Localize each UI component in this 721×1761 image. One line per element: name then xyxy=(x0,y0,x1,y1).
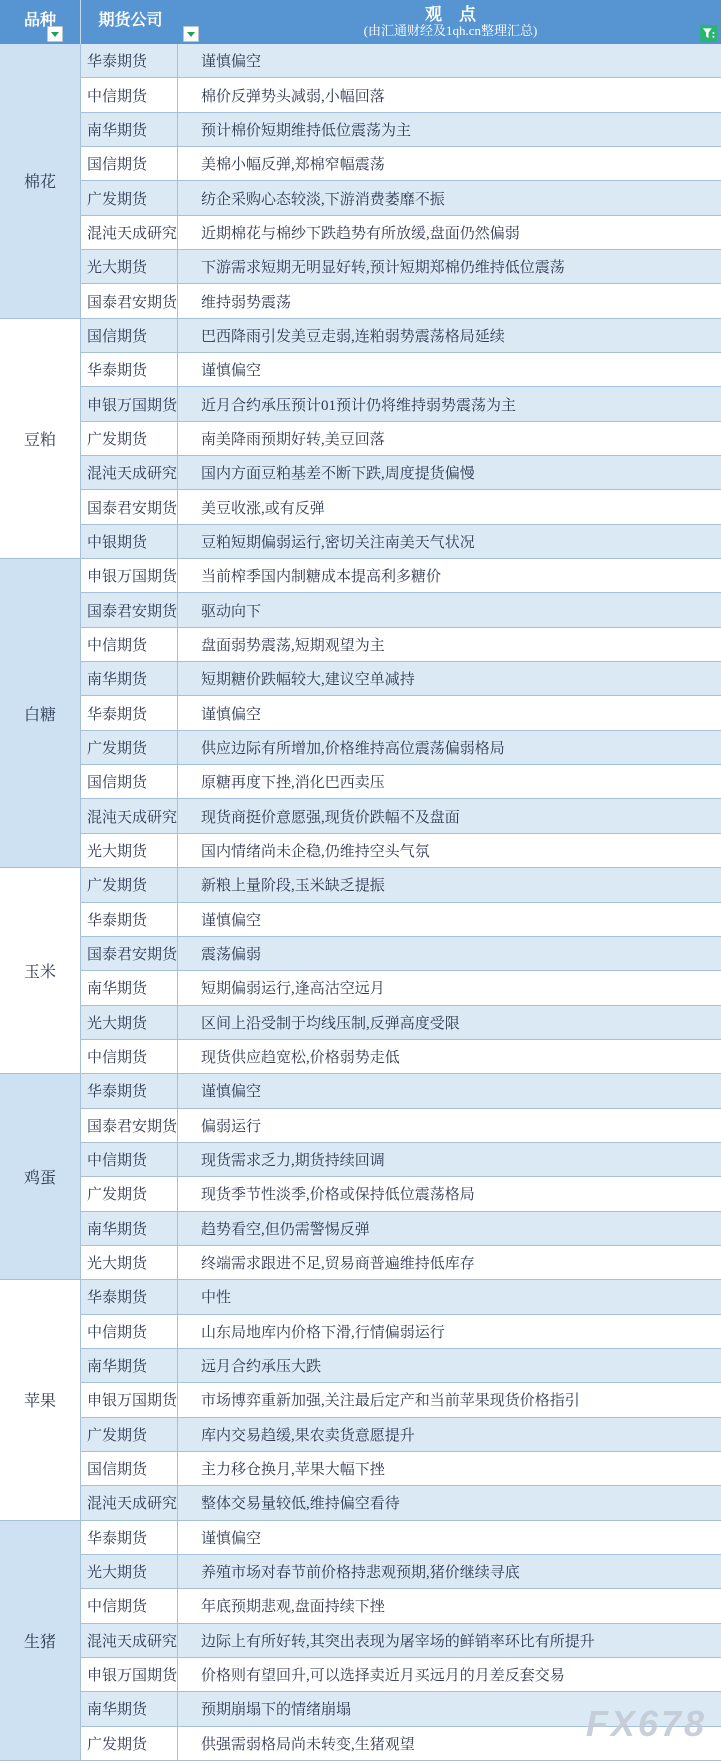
opinion-cell: 下游需求短期无明显好转,预计短期郑棉仍维持低位震荡 xyxy=(178,250,721,284)
opinion-cell: 谨慎偏空 xyxy=(178,1074,721,1108)
opinion-cell: 近月合约承压预计01预计仍将维持弱势震荡为主 xyxy=(178,387,721,421)
company-cell: 国泰君安期货 xyxy=(81,1109,178,1143)
funnel-filter-button[interactable] xyxy=(700,25,717,42)
table-header: 品种 期货公司 观 点 (由汇通财经及1qh.cn整理汇总) xyxy=(0,0,721,44)
opinion-cell: 当前榨季国内制糖成本提高利多糖价 xyxy=(178,559,721,593)
company-cell: 国泰君安期货 xyxy=(81,937,178,971)
company-cell: 申银万国期货 xyxy=(81,1658,178,1692)
opinion-cell: 美豆收涨,或有反弹 xyxy=(178,490,721,524)
opinion-cell: 南美降雨预期好转,美豆回落 xyxy=(178,422,721,456)
opinion-cell: 预计棉价短期维持低位震荡为主 xyxy=(178,113,721,147)
company-cell: 混沌天成研究 xyxy=(81,799,178,833)
opinion-cell: 整体交易量较低,维持偏空看待 xyxy=(178,1486,721,1520)
opinion-cell: 现货需求乏力,期货持续回调 xyxy=(178,1143,721,1177)
table-body: 棉花华泰期货谨慎偏空中信期货棉价反弹势头减弱,小幅回落南华期货预计棉价短期维持低… xyxy=(0,44,721,1761)
opinion-cell: 养殖市场对春节前价格持悲观预期,猪价继续寻底 xyxy=(178,1555,721,1589)
company-cell: 南华期货 xyxy=(81,662,178,696)
company-cell: 广发期货 xyxy=(81,731,178,765)
company-cell: 广发期货 xyxy=(81,181,178,215)
variety-cell: 白糖 xyxy=(0,559,81,868)
company-filter-dropdown-button[interactable] xyxy=(183,26,199,42)
company-cell: 广发期货 xyxy=(81,1177,178,1211)
opinion-cell: 纺企采购心态较淡,下游消费萎靡不振 xyxy=(178,181,721,215)
variety-cell: 鸡蛋 xyxy=(0,1074,81,1280)
opinion-cell: 维持弱势震荡 xyxy=(178,284,721,318)
company-cell: 混沌天成研究 xyxy=(81,1624,178,1658)
company-cell: 光大期货 xyxy=(81,1006,178,1040)
opinion-cell: 预期崩塌下的情绪崩塌 xyxy=(178,1692,721,1726)
column-header-variety: 品种 xyxy=(0,0,81,44)
company-cell: 国泰君安期货 xyxy=(81,490,178,524)
opinion-cell: 谨慎偏空 xyxy=(178,903,721,937)
company-cell: 光大期货 xyxy=(81,1246,178,1280)
opinion-cell: 短期偏弱运行,逢高沽空远月 xyxy=(178,971,721,1005)
variety-cell: 豆粕 xyxy=(0,319,81,559)
opinion-cell: 现货商挺价意愿强,现货价跌幅不及盘面 xyxy=(178,799,721,833)
dropdown-triangle-icon xyxy=(51,32,59,37)
opinion-cell: 驱动向下 xyxy=(178,593,721,627)
opinion-cell: 边际上有所好转,其突出表现为屠宰场的鲜销率环比有所提升 xyxy=(178,1624,721,1658)
opinion-cell: 现货供应趋宽松,价格弱势走低 xyxy=(178,1040,721,1074)
opinion-cell: 震荡偏弱 xyxy=(178,937,721,971)
opinion-cell: 美棉小幅反弹,郑棉窄幅震荡 xyxy=(178,147,721,181)
column-header-company: 期货公司 xyxy=(81,0,180,44)
variety-cell: 玉米 xyxy=(0,868,81,1074)
opinion-cell: 国内方面豆粕基差不断下跌,周度提货偏慢 xyxy=(178,456,721,490)
opinion-cell: 棉价反弹势头减弱,小幅回落 xyxy=(178,78,721,112)
company-cell: 中信期货 xyxy=(81,1143,178,1177)
company-cell: 申银万国期货 xyxy=(81,387,178,421)
opinion-cell: 偏弱运行 xyxy=(178,1109,721,1143)
company-cell: 国泰君安期货 xyxy=(81,593,178,627)
opinion-cell: 巴西降雨引发美豆走弱,连粕弱势震荡格局延续 xyxy=(178,319,721,353)
dropdown-triangle-icon xyxy=(187,32,195,37)
company-cell: 广发期货 xyxy=(81,1727,178,1761)
opinion-cell: 趋势看空,但仍需警惕反弹 xyxy=(178,1212,721,1246)
company-cell: 光大期货 xyxy=(81,834,178,868)
company-cell: 中信期货 xyxy=(81,1589,178,1623)
company-cell: 南华期货 xyxy=(81,971,178,1005)
company-cell: 华泰期货 xyxy=(81,1521,178,1555)
opinion-cell: 供强需弱格局尚未转变,生猪观望 xyxy=(178,1727,721,1761)
opinion-header-label: 观 点 xyxy=(425,5,476,25)
company-cell: 华泰期货 xyxy=(81,353,178,387)
opinion-cell: 供应边际有所增加,价格维持高位震荡偏弱格局 xyxy=(178,731,721,765)
variety-cell: 生猪 xyxy=(0,1521,81,1761)
column-header-opinion: 观 点 (由汇通财经及1qh.cn整理汇总) xyxy=(180,0,721,44)
company-cell: 华泰期货 xyxy=(81,696,178,730)
opinion-cell: 原糖再度下挫,消化巴西卖压 xyxy=(178,765,721,799)
opinion-cell: 盘面弱势震荡,短期观望为主 xyxy=(178,628,721,662)
company-cell: 中信期货 xyxy=(81,628,178,662)
company-cell: 华泰期货 xyxy=(81,1280,178,1314)
company-cell: 国信期货 xyxy=(81,1452,178,1486)
opinion-cell: 区间上沿受制于均线压制,反弹高度受限 xyxy=(178,1006,721,1040)
company-cell: 中信期货 xyxy=(81,1040,178,1074)
company-cell: 中信期货 xyxy=(81,1315,178,1349)
opinion-cell: 年底预期悲观,盘面持续下挫 xyxy=(178,1589,721,1623)
opinion-cell: 谨慎偏空 xyxy=(178,44,721,78)
opinion-cell: 国内情绪尚未企稳,仍维持空头气氛 xyxy=(178,834,721,868)
company-cell: 申银万国期货 xyxy=(81,1383,178,1417)
opinion-cell: 价格则有望回升,可以选择卖近月买远月的月差反套交易 xyxy=(178,1658,721,1692)
opinion-cell: 远月合约承压大跌 xyxy=(178,1349,721,1383)
company-cell: 广发期货 xyxy=(81,422,178,456)
opinion-cell: 市场博弈重新加强,关注最后定产和当前苹果现货价格指引 xyxy=(178,1383,721,1417)
company-cell: 混沌天成研究 xyxy=(81,1486,178,1520)
variety-cell: 棉花 xyxy=(0,44,81,319)
company-cell: 华泰期货 xyxy=(81,1074,178,1108)
funnel-icon xyxy=(702,27,715,40)
opinion-cell: 山东局地库内价格下滑,行情偏弱运行 xyxy=(178,1315,721,1349)
company-cell: 混沌天成研究 xyxy=(81,216,178,250)
futures-opinions-sheet: 品种 期货公司 观 点 (由汇通财经及1qh.cn整理汇总) 棉花华泰期货谨慎偏… xyxy=(0,0,721,1761)
variety-cell: 苹果 xyxy=(0,1280,81,1520)
opinion-cell: 新粮上量阶段,玉米缺乏提振 xyxy=(178,868,721,902)
company-cell: 国信期货 xyxy=(81,319,178,353)
opinion-cell: 库内交易趋缓,果农卖货意愿提升 xyxy=(178,1418,721,1452)
company-cell: 南华期货 xyxy=(81,1349,178,1383)
company-cell: 国信期货 xyxy=(81,765,178,799)
opinion-cell: 近期棉花与棉纱下跌趋势有所放缓,盘面仍然偏弱 xyxy=(178,216,721,250)
opinion-cell: 谨慎偏空 xyxy=(178,1521,721,1555)
company-cell: 华泰期货 xyxy=(81,44,178,78)
opinion-cell: 谨慎偏空 xyxy=(178,696,721,730)
opinion-cell: 现货季节性淡季,价格或保持低位震荡格局 xyxy=(178,1177,721,1211)
company-cell: 华泰期货 xyxy=(81,903,178,937)
company-cell: 光大期货 xyxy=(81,250,178,284)
opinion-cell: 终端需求跟进不足,贸易商普遍维持低库存 xyxy=(178,1246,721,1280)
company-header-label: 期货公司 xyxy=(98,7,162,30)
opinion-cell: 中性 xyxy=(178,1280,721,1314)
company-cell: 南华期货 xyxy=(81,1692,178,1726)
company-cell: 国信期货 xyxy=(81,147,178,181)
company-cell: 中信期货 xyxy=(81,78,178,112)
company-cell: 广发期货 xyxy=(81,868,178,902)
company-cell: 中银期货 xyxy=(81,525,178,559)
opinion-header-subtitle: (由汇通财经及1qh.cn整理汇总) xyxy=(364,24,538,39)
opinion-cell: 豆粕短期偏弱运行,密切关注南美天气状况 xyxy=(178,525,721,559)
company-cell: 南华期货 xyxy=(81,113,178,147)
company-cell: 南华期货 xyxy=(81,1212,178,1246)
company-cell: 光大期货 xyxy=(81,1555,178,1589)
company-cell: 广发期货 xyxy=(81,1418,178,1452)
opinion-cell: 谨慎偏空 xyxy=(178,353,721,387)
company-cell: 国泰君安期货 xyxy=(81,284,178,318)
variety-filter-dropdown-button[interactable] xyxy=(47,26,63,42)
company-cell: 混沌天成研究 xyxy=(81,456,178,490)
company-cell: 申银万国期货 xyxy=(81,559,178,593)
opinion-cell: 主力移仓换月,苹果大幅下挫 xyxy=(178,1452,721,1486)
opinion-cell: 短期糖价跌幅较大,建议空单减持 xyxy=(178,662,721,696)
